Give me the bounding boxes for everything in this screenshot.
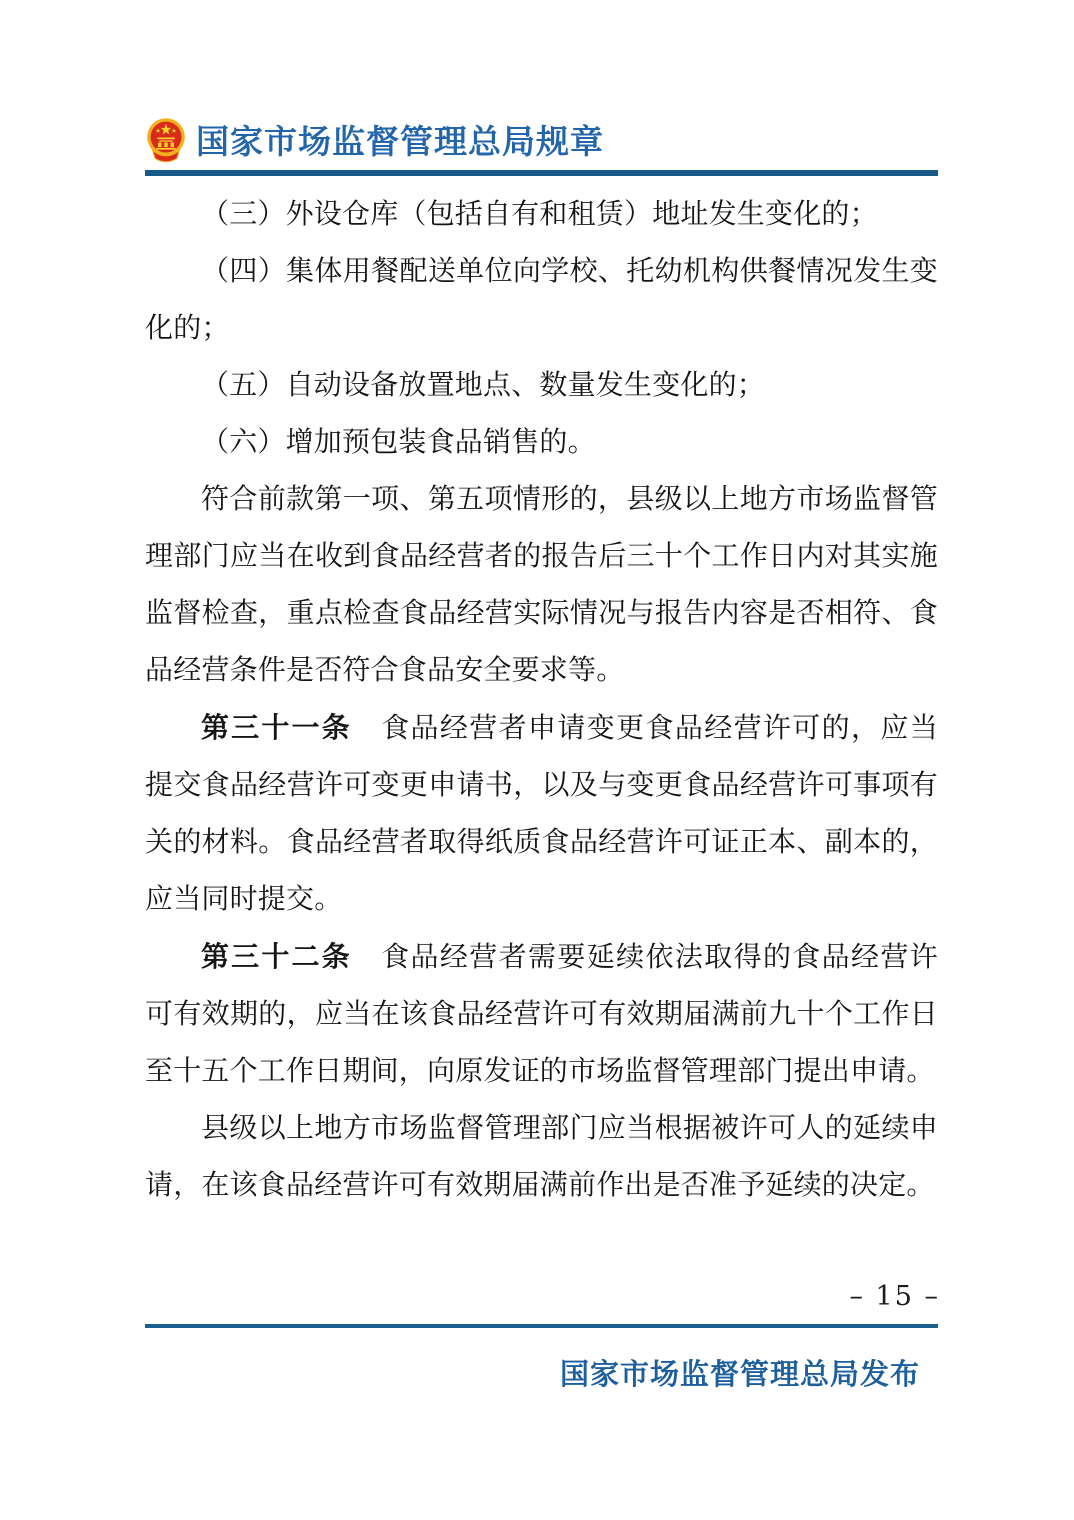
page-number: – 15 –	[849, 1281, 940, 1312]
paragraph-renewal-decision: 县级以上地方市场监督管理部门应当根据被许可人的延续申请，在该食品经营许可有效期届…	[145, 1100, 938, 1214]
clause-item-4: （四）集体用餐配送单位向学校、托幼机构供餐情况发生变化的；	[145, 243, 938, 357]
document-page: 国家市场监督管理总局规章 （三）外设仓库（包括自有和租赁）地址发生变化的； （四…	[0, 0, 1074, 1520]
clause-item-3: （三）外设仓库（包括自有和租赁）地址发生变化的；	[145, 186, 938, 243]
header-title: 国家市场监督管理总局规章	[196, 116, 604, 163]
document-header: 国家市场监督管理总局规章	[145, 0, 938, 176]
china-national-emblem-icon	[145, 117, 187, 163]
paragraph-supervision-check: 符合前款第一项、第五项情形的，县级以上地方市场监督管理部门应当在收到食品经营者的…	[145, 471, 938, 699]
document-body: （三）外设仓库（包括自有和租赁）地址发生变化的； （四）集体用餐配送单位向学校、…	[145, 186, 938, 1214]
article-32-paragraph: 第三十二条 食品经营者需要延续依法取得的食品经营许可有效期的，应当在该食品经营许…	[145, 928, 938, 1100]
clause-item-6: （六）增加预包装食品销售的。	[145, 414, 938, 471]
article-31-number: 第三十一条	[201, 712, 352, 743]
article-31-paragraph: 第三十一条 食品经营者申请变更食品经营许可的，应当提交食品经营许可变更申请书，以…	[145, 699, 938, 928]
header-brand: 国家市场监督管理总局规章	[145, 0, 938, 163]
footer-publisher: 国家市场监督管理总局发布	[560, 1352, 920, 1393]
footer-divider	[145, 1324, 938, 1328]
article-31-text: 食品经营者申请变更食品经营许可的，应当提交食品经营许可变更申请书，以及与变更食品…	[145, 713, 938, 915]
header-divider	[145, 170, 938, 176]
clause-item-5: （五）自动设备放置地点、数量发生变化的；	[145, 357, 938, 414]
article-32-number: 第三十二条	[201, 941, 352, 972]
